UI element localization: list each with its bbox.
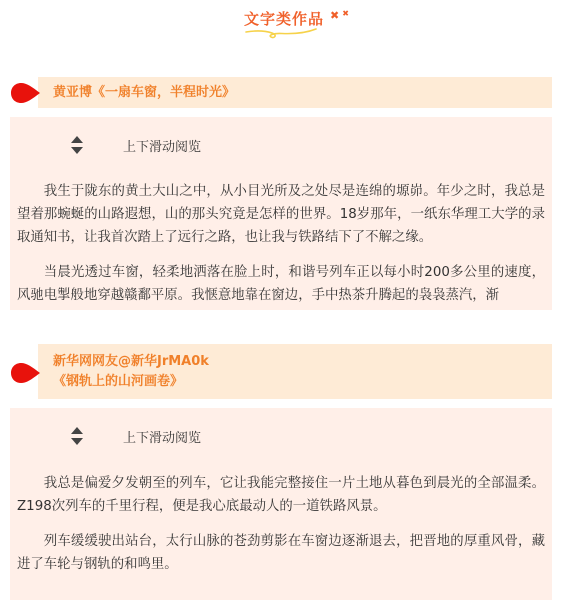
red-drop-marker-icon xyxy=(10,362,42,384)
section-heading: 文字类作品 ✖✖ xyxy=(0,8,568,29)
page-title-text: 文字类作品 xyxy=(244,10,324,28)
x-mark-small-icon: ✖ xyxy=(342,9,350,18)
section-title-1: 黄亚博《一扇车窗，半程时光》 xyxy=(53,83,235,102)
section-header-1: 黄亚博《一扇车窗，半程时光》 xyxy=(38,77,552,108)
scroll-hint: 上下滑动阅览 xyxy=(70,426,201,446)
sparkle-x-icon: ✖✖ xyxy=(330,9,350,22)
section-header-2: 新华网网友@新华JrMA0k 《钢轨上的山河画卷》 xyxy=(38,344,552,399)
up-down-arrows-icon xyxy=(70,135,84,155)
scroll-hint: 上下滑动阅览 xyxy=(70,135,201,155)
up-down-arrows-icon xyxy=(70,426,84,446)
paragraph: 列车缓缓驶出站台，太行山脉的苍劲剪影在车窗边逐渐退去，把晋地的厚重风骨，藏进了车… xyxy=(17,530,545,576)
red-drop-marker-icon xyxy=(10,82,42,104)
x-mark-icon: ✖ xyxy=(330,9,340,22)
squiggle-underline-icon xyxy=(244,27,318,39)
section-title-2-line1: 新华网网友@新华JrMA0k xyxy=(53,352,209,371)
paragraph: 当晨光透过车窗，轻柔地洒落在脸上时，和谐号列车正以每小时200多公里的速度，风驰… xyxy=(17,261,545,307)
article-card-2[interactable]: 上下滑动阅览 我总是偏爱夕发朝至的列车，它让我能完整接住一片土地从暮色到晨光的全… xyxy=(10,408,552,600)
section-title-2-line2: 《钢轨上的山河画卷》 xyxy=(53,372,183,391)
paragraph: 我生于陇东的黄土大山之中，从小目光所及之处尽是连绵的塬峁。年少之时，我总是望着那… xyxy=(17,180,545,249)
page-title: 文字类作品 ✖✖ xyxy=(244,8,324,29)
article-card-1[interactable]: 上下滑动阅览 我生于陇东的黄土大山之中，从小目光所及之处尽是连绵的塬峁。年少之时… xyxy=(10,117,552,310)
scroll-hint-label: 上下滑动阅览 xyxy=(123,136,201,155)
scroll-hint-label: 上下滑动阅览 xyxy=(123,427,201,446)
paragraph: 我总是偏爱夕发朝至的列车，它让我能完整接住一片土地从暮色到晨光的全部温柔。Z19… xyxy=(17,472,545,518)
